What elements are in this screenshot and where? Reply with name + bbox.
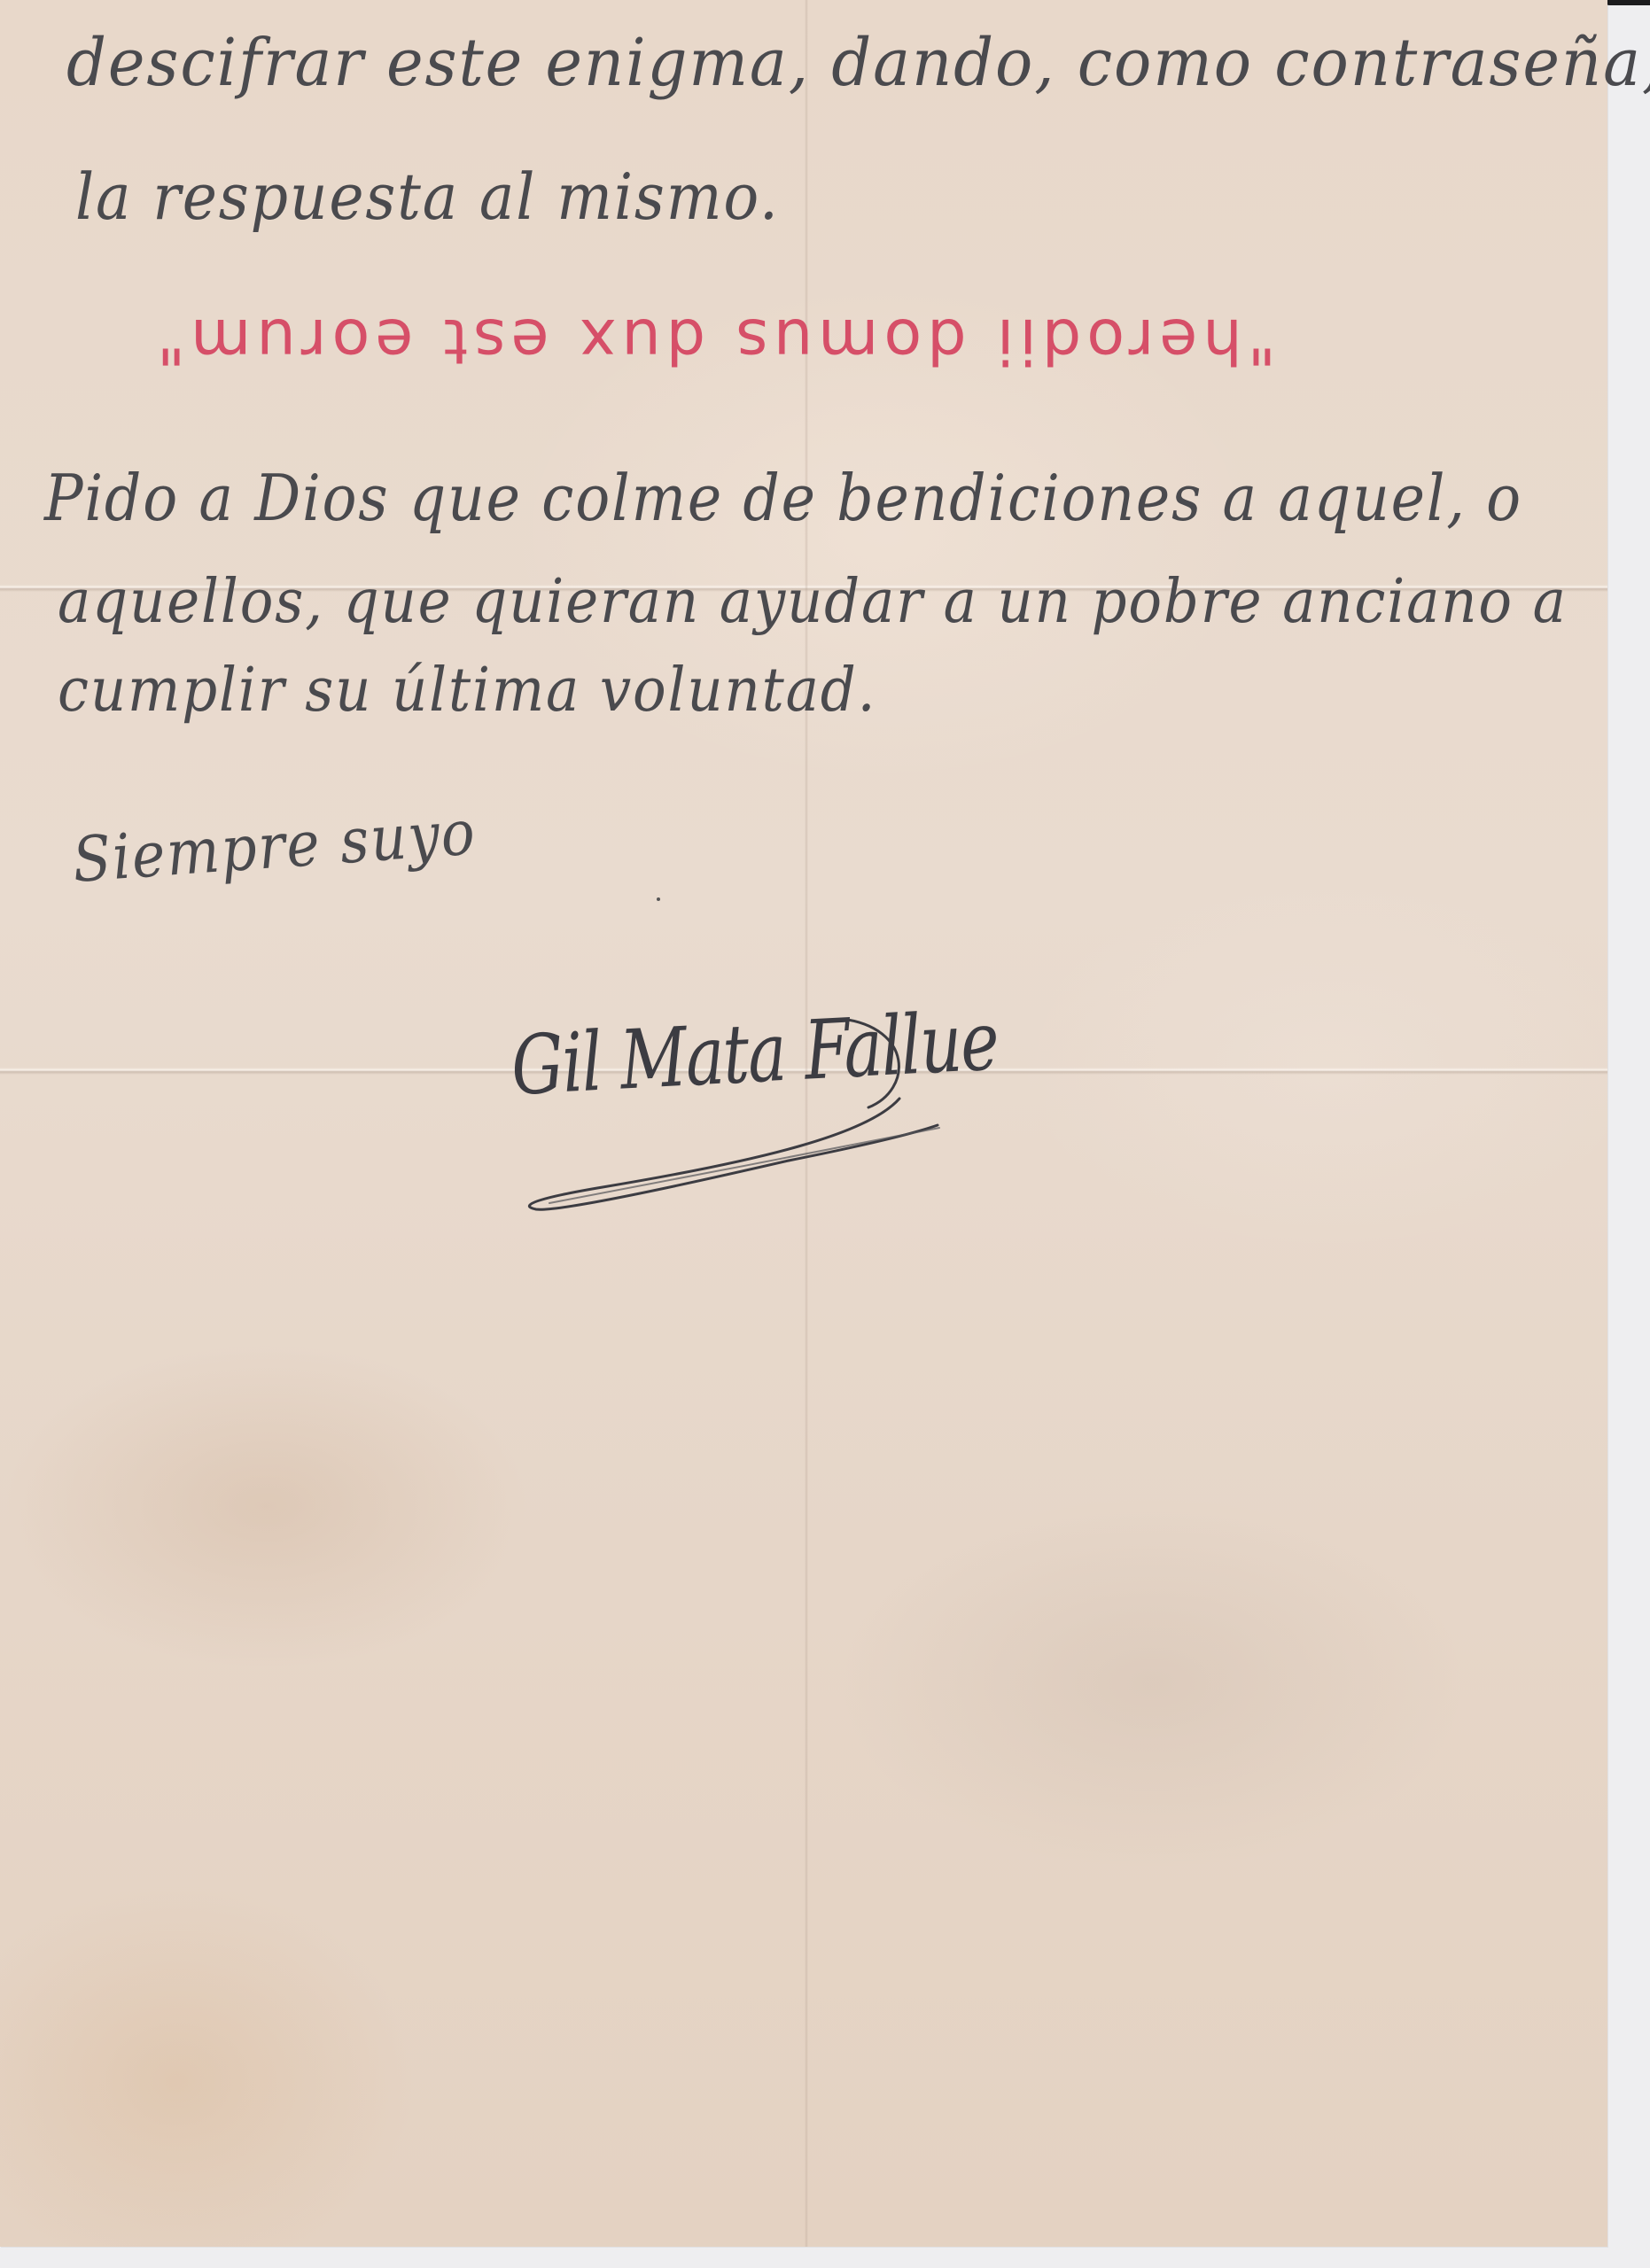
blessing-line-3: cumplir su última voluntad. [58,656,876,726]
scanner-edge [1606,0,1650,5]
blessing-line-2: aquellos, que quieran ayudar a un pobre … [58,567,1568,637]
signature-flourish-icon [496,983,1117,1231]
pencil-mark [657,897,660,901]
opening-line-1: descifrar este enigma, dando, como contr… [66,25,1650,101]
closing-salutation: Siempre suyo [70,796,479,897]
letter-page: descifrar este enigma, dando, como contr… [0,0,1607,2247]
riddle-red-text: "herodii domus dux est eorum" [191,292,1236,390]
opening-line-2: la respuesta al mismo. [75,159,780,234]
riddle-text-rotated: "herodii domus dux est eorum" [152,305,1276,377]
signature: Gil Mata Fallue [496,983,1117,1231]
blessing-line-1: Pido a Dios que colme de bendiciones a a… [44,461,1522,535]
